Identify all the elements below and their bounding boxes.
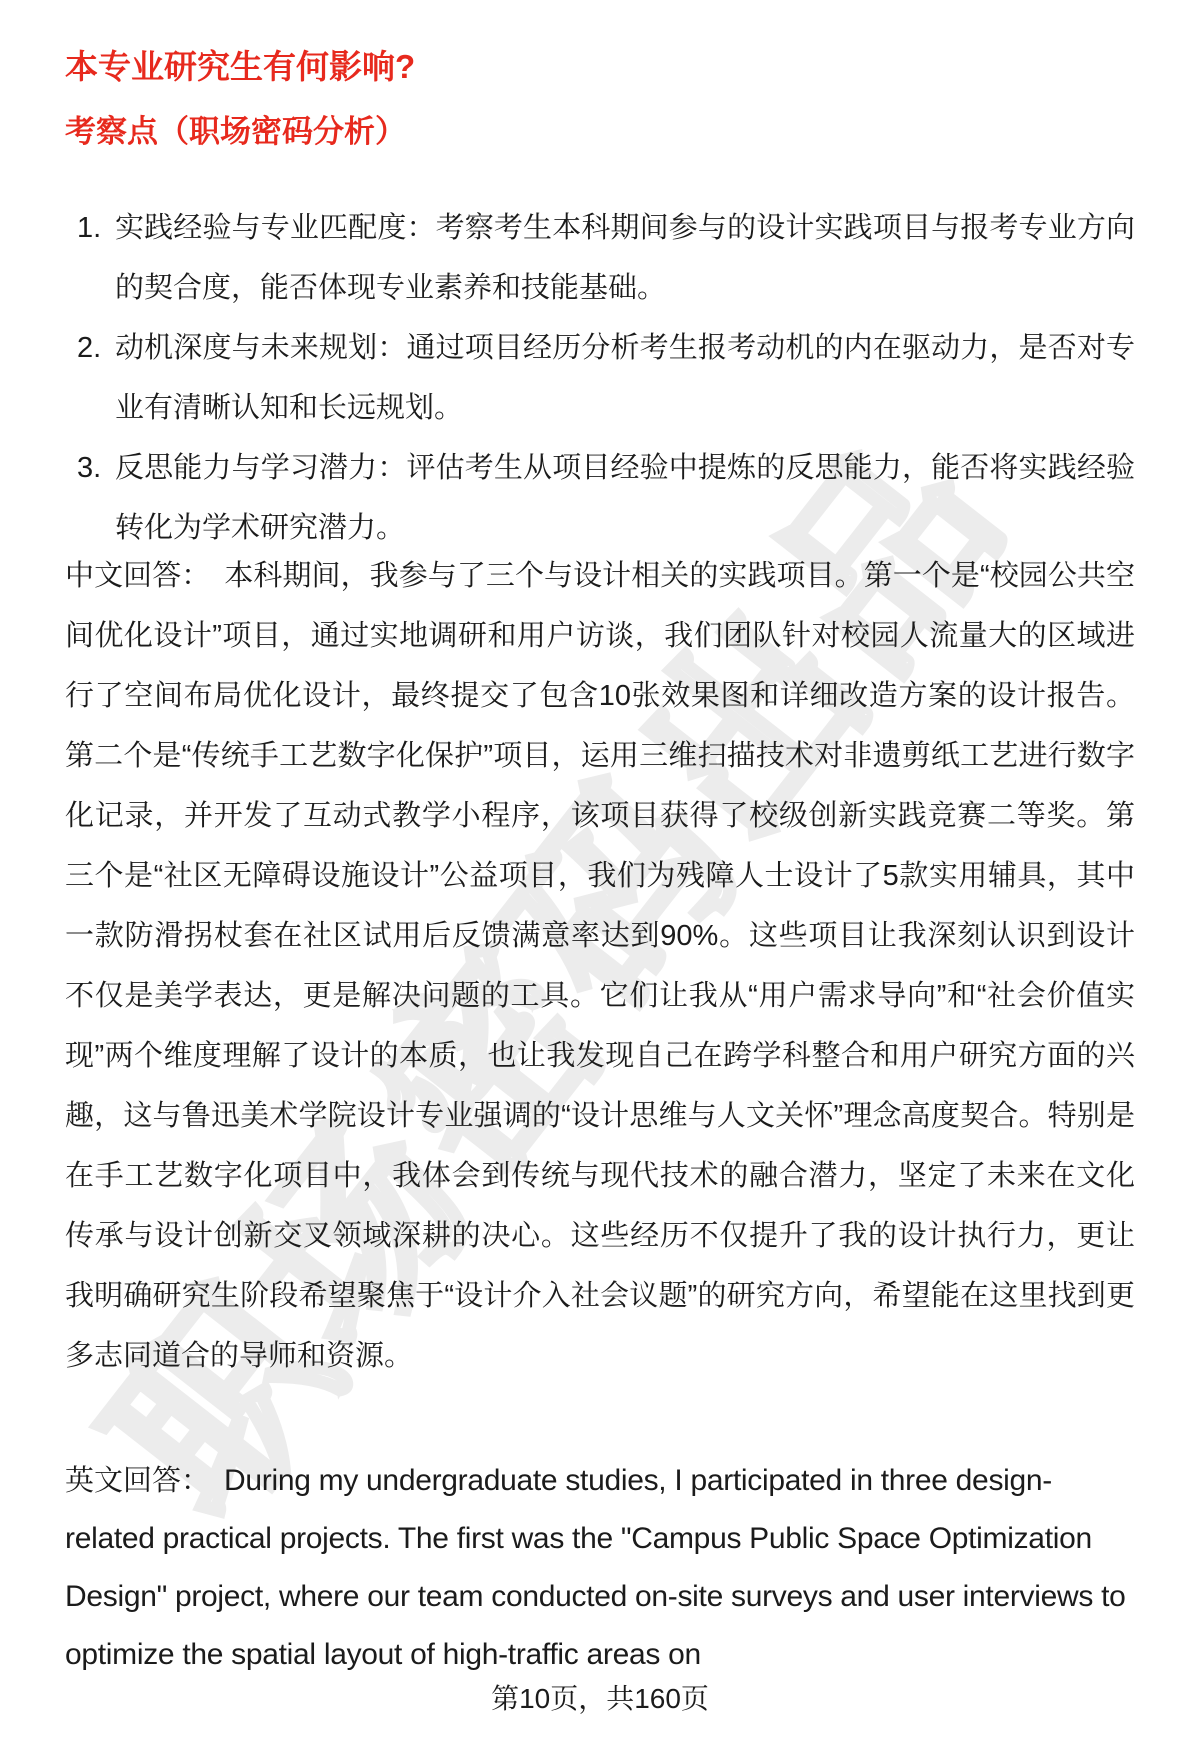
evaluation-points-list: 1. 实践经验与专业匹配度：考察考生本科期间参与的设计实践项目与报考专业方向的契… xyxy=(65,198,1135,558)
page-number-footer: 第10页，共160页 xyxy=(0,1680,1200,1718)
english-answer-text: During my undergraduate studies, I parti… xyxy=(65,1464,1126,1671)
english-answer-paragraph: 英文回答：During my undergraduate studies, I … xyxy=(65,1452,1135,1684)
english-answer-label: 英文回答： xyxy=(65,1465,210,1497)
list-item-number: 1. xyxy=(77,198,101,258)
question-heading: 本专业研究生有何影响? xyxy=(65,46,1135,88)
list-item-text: 反思能力与学习潜力：评估考生从项目经验中提炼的反思能力，能否将实践经验转化为学术… xyxy=(115,452,1135,544)
chinese-answer-label: 中文回答： xyxy=(65,560,210,592)
document-page: 职场密码出品 本专业研究生有何影响? 考察点（职场密码分析） 1. 实践经验与专… xyxy=(0,0,1200,1755)
list-item: 2. 动机深度与未来规划：通过项目经历分析考生报考动机的内在驱动力，是否对专业有… xyxy=(65,318,1135,438)
list-item: 1. 实践经验与专业匹配度：考察考生本科期间参与的设计实践项目与报考专业方向的契… xyxy=(65,198,1135,318)
chinese-answer-paragraph: 中文回答：本科期间，我参与了三个与设计相关的实践项目。第一个是“校园公共空间优化… xyxy=(65,546,1135,1386)
list-item-number: 3. xyxy=(77,438,101,498)
list-item-text: 实践经验与专业匹配度：考察考生本科期间参与的设计实践项目与报考专业方向的契合度，… xyxy=(115,212,1135,304)
list-item: 3. 反思能力与学习潜力：评估考生从项目经验中提炼的反思能力，能否将实践经验转化… xyxy=(65,438,1135,558)
section-heading: 考察点（职场密码分析） xyxy=(65,112,1135,152)
chinese-answer-text: 本科期间，我参与了三个与设计相关的实践项目。第一个是“校园公共空间优化设计”项目… xyxy=(65,560,1135,1372)
list-item-number: 2. xyxy=(77,318,101,378)
list-item-text: 动机深度与未来规划：通过项目经历分析考生报考动机的内在驱动力，是否对专业有清晰认… xyxy=(115,332,1135,424)
